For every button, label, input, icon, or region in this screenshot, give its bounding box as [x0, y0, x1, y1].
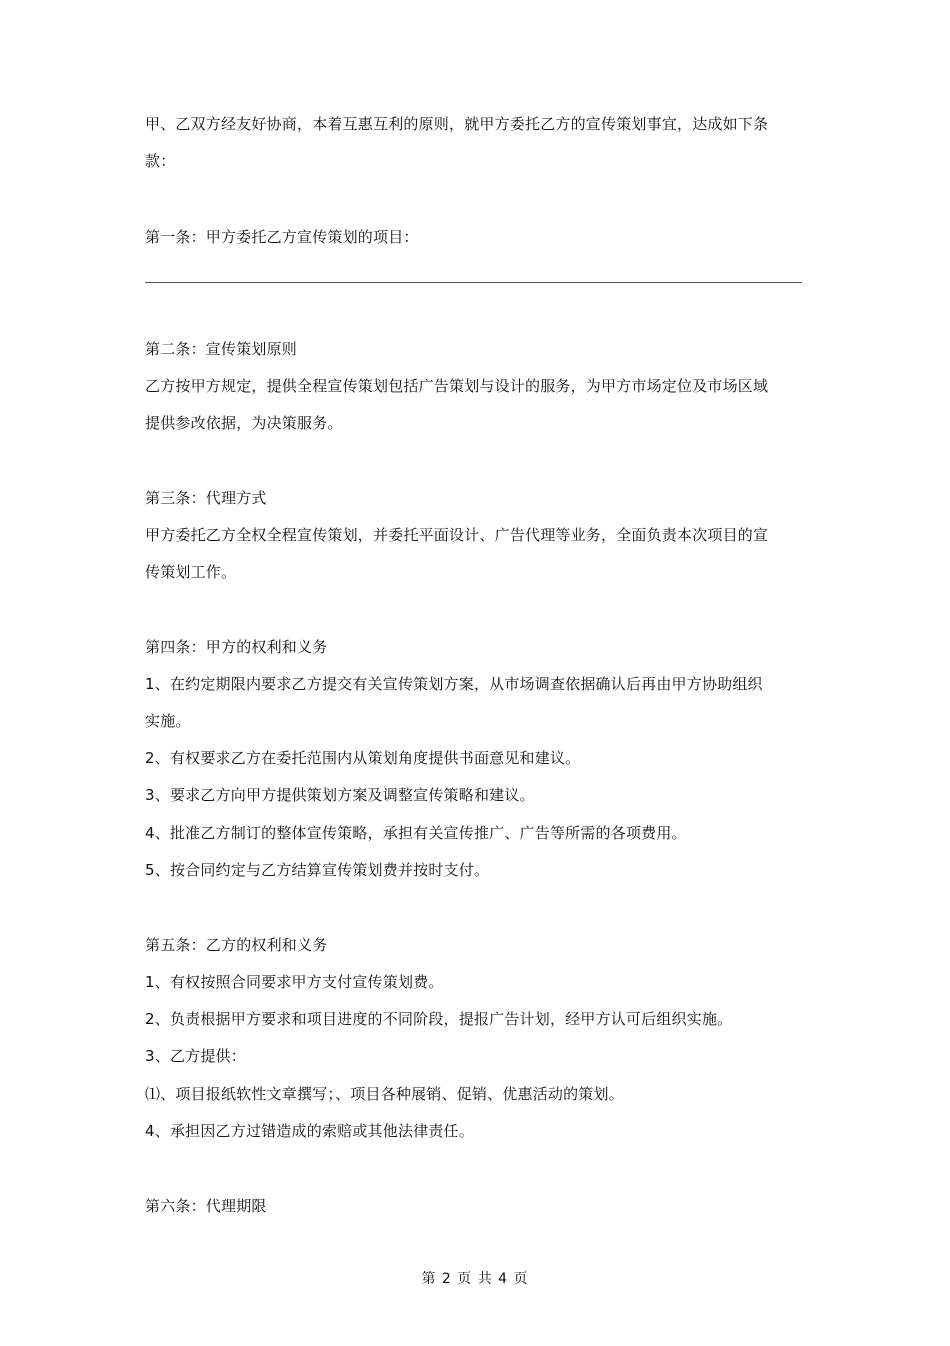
- article-5-item: ⑴、项目报纸软性文章撰写；、项目各种展销、促销、优惠活动的策划。: [145, 1084, 624, 1104]
- article-3-body-line-1: 甲方委托乙方全权全程宣传策划，并委托平面设计、广告代理等业务，全面负责本次项目的…: [145, 525, 768, 545]
- article-3-body-line-2: 传策划工作。: [145, 562, 236, 582]
- document-page: 甲、乙双方经友好协商，本着互惠互利的原则，就甲方委托乙方的宣传策划事宜，达成如下…: [0, 0, 950, 1346]
- article-6-heading: 第六条：代理期限: [145, 1196, 267, 1216]
- page-number-footer: 第 2 页 共 4 页: [0, 1268, 950, 1288]
- article-4-item: 4、批准乙方制订的整体宣传策略，承担有关宣传推广、广告等所需的各项费用。: [145, 823, 687, 843]
- article-4-item: 实施。: [145, 711, 191, 731]
- article-5-item: 3、乙方提供：: [145, 1046, 246, 1066]
- article-5-item: 4、承担因乙方过错造成的索赔或其他法律责任。: [145, 1121, 474, 1141]
- article-2-body-line-2: 提供参改依据，为决策服务。: [145, 413, 343, 433]
- article-2-body-line-1: 乙方按甲方规定，提供全程宣传策划包括广告策划与设计的服务，为甲方市场定位及市场区…: [145, 376, 768, 396]
- article-2-heading: 第二条：宣传策划原则: [145, 339, 297, 359]
- article-4-item: 5、按合同约定与乙方结算宣传策划费并按时支付。: [145, 860, 489, 880]
- article-1-heading: 第一条：甲方委托乙方宣传策划的项目：: [145, 227, 419, 247]
- fill-in-blank-line: [145, 282, 802, 283]
- article-5-heading: 第五条：乙方的权利和义务: [145, 935, 327, 955]
- article-4-item: 1、在约定期限内要求乙方提交有关宣传策划方案，从市场调查依据确认后再由甲方协助组…: [145, 674, 763, 694]
- article-3-heading: 第三条：代理方式: [145, 488, 267, 508]
- article-4-heading: 第四条：甲方的权利和义务: [145, 637, 327, 657]
- intro-line-1: 甲、乙双方经友好协商，本着互惠互利的原则，就甲方委托乙方的宣传策划事宜，达成如下…: [145, 114, 768, 134]
- intro-line-2: 款：: [145, 151, 175, 171]
- article-4-item: 2、有权要求乙方在委托范围内从策划角度提供书面意见和建议。: [145, 748, 580, 768]
- article-5-item: 1、有权按照合同要求甲方支付宣传策划费。: [145, 972, 444, 992]
- article-5-item: 2、负责根据甲方要求和项目进度的不同阶段，提报广告计划，经甲方认可后组织实施。: [145, 1009, 732, 1029]
- article-4-item: 3、要求乙方向甲方提供策划方案及调整宣传策略和建议。: [145, 785, 535, 805]
